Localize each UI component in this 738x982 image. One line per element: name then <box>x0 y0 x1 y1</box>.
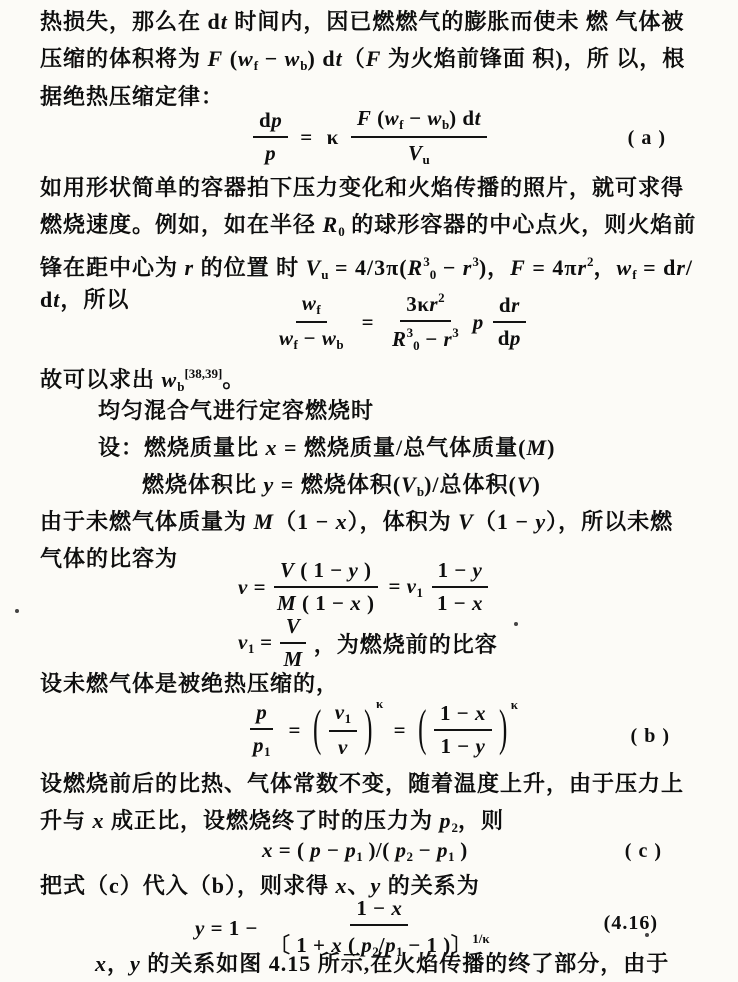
equation-label-4-16: (4.16) <box>604 912 658 935</box>
fraction: V M <box>278 614 309 672</box>
text-line: 气体的比容为 <box>40 543 178 575</box>
fraction-numerator: p <box>250 700 273 730</box>
right-paren: ) <box>499 701 508 758</box>
text-line: dt，所以 <box>40 284 129 316</box>
equation-body: x = ( p − p1 )/( p2 − p1 ) <box>262 838 468 865</box>
lhs: v1 = <box>238 630 273 657</box>
equation-a: dp p = κ F (wf − wb) dt Vu <box>248 106 492 168</box>
equals-sign: = <box>289 718 301 743</box>
fraction-denominator: 1 − y <box>435 731 492 759</box>
fraction-denominator: p1 <box>247 730 277 760</box>
equals-sign: = <box>362 310 374 335</box>
fraction: F (wf − wb) dt Vu <box>351 106 487 168</box>
fraction-numerator: dr <box>493 293 526 323</box>
equation-v1-definition: v1 = V M ，为燃烧前的比容 <box>238 614 498 672</box>
fraction-numerator: v1 <box>329 700 357 732</box>
text-line: 设：燃烧质量比 x = 燃烧质量/总气体质量(M) <box>98 432 555 464</box>
equals-sign: = <box>394 718 406 743</box>
fraction: 3κr2 R30 − r3 <box>386 290 465 354</box>
fraction: 1 − x 1 − y <box>434 701 492 759</box>
scan-speck <box>645 933 649 937</box>
text-line: 设未燃气体是被绝热压缩的， <box>40 668 339 700</box>
fraction-numerator: 3κr2 <box>400 290 450 322</box>
text-line: x，y 的关系如图 4.15 所示,在火焰传播的终了部分，由于 <box>95 948 669 980</box>
text-line: 燃烧体积比 y = 燃烧体积(Vb)/总体积(V) <box>142 469 541 508</box>
fraction-numerator: dp <box>253 108 288 138</box>
text-line: 由于未燃气体质量为 M（1 − x），体积为 V（1 − y），所以未燃 <box>40 506 673 538</box>
fraction-denominator: p <box>259 138 282 166</box>
fraction: 1 − y 1 − x <box>431 558 489 616</box>
text-line: 均匀混合气进行定容燃烧时 <box>98 395 374 427</box>
equals-sign: = <box>300 125 312 150</box>
fraction-numerator: F (wf − wb) dt <box>351 106 487 138</box>
fraction-denominator: R30 − r3 <box>386 322 465 354</box>
fraction-denominator: M ( 1 − x ) <box>271 588 380 616</box>
scanned-book-page: 热损失，那么在 dt 时间内，因已燃燃气的膨胀而使未 燃 气体被 压缩的体积将为… <box>0 0 738 982</box>
left-paren: ( <box>313 701 322 758</box>
fraction: wf wf − wb <box>273 291 350 353</box>
fraction-numerator: 1 − x <box>434 701 492 731</box>
text-line: 据绝热压缩定律： <box>40 81 224 113</box>
equation-b: p p1 = ( v1 v ) κ = ( 1 − x 1 − y ) κ <box>242 700 521 760</box>
equation-burning-velocity: wf wf − wb = 3κr2 R30 − r3 p dr dp <box>268 290 532 354</box>
equation-label-c: ( c ) <box>625 840 662 863</box>
fraction-numerator: V ( 1 − y ) <box>274 558 378 588</box>
right-paren: ) <box>364 701 373 758</box>
fraction-denominator: wf − wb <box>273 323 350 353</box>
fraction-numerator: 1 − x <box>350 896 408 926</box>
parenthesized-fraction: ( 1 − x 1 − y ) κ <box>416 701 518 759</box>
fraction-denominator: 1 − x <box>431 588 489 616</box>
text-line: 设燃烧前后的比热、气体常数不变，随着温度上升，由于压力上 <box>40 768 684 800</box>
fraction-numerator: 1 − y <box>432 558 489 588</box>
fraction: V ( 1 − y ) M ( 1 − x ) <box>271 558 380 616</box>
fraction: p p1 <box>247 700 277 760</box>
fraction: dr dp <box>492 293 527 351</box>
equation-specific-volume: v = V ( 1 − y ) M ( 1 − x ) = v1 1 − y 1… <box>238 558 494 616</box>
left-paren: ( <box>418 701 427 758</box>
fraction: v1 v <box>329 700 357 760</box>
fraction-denominator: Vu <box>402 138 436 168</box>
equation-c: x = ( p − p1 )/( p2 − p1 ) <box>262 838 468 865</box>
fraction-denominator: dp <box>492 323 527 351</box>
scan-speck <box>514 622 518 626</box>
text-line: 燃烧速度。例如，如在半径 R0 的球形容器的中心点火，则火焰前 <box>40 209 696 248</box>
kappa-exponent: κ <box>511 697 519 713</box>
text-line: 如用形状简单的容器拍下压力变化和火焰传播的照片，就可求得 <box>40 172 684 204</box>
text-line: 热损失，那么在 dt 时间内，因已燃燃气的膨胀而使未 燃 气体被 <box>40 6 684 38</box>
fraction-numerator: wf <box>296 291 327 323</box>
fraction-numerator: V <box>280 614 307 644</box>
scan-speck <box>15 609 19 613</box>
kappa-coefficient: κ <box>327 125 339 150</box>
text-line: 压缩的体积将为 F (wf − wb) dt（F 为火焰前锋面 积)，所 以，根 <box>40 43 685 82</box>
equation-label-a: ( a ) <box>628 127 666 150</box>
fraction: dp p <box>253 108 288 166</box>
definition-text: ，为燃烧前的比容 <box>314 628 498 659</box>
kappa-exponent: κ <box>376 696 384 712</box>
fraction-denominator: v <box>332 732 354 760</box>
lhs: y = 1 − <box>195 916 258 941</box>
text-line: 锋在距中心为 r 的位置 时 Vu = 4/3π(R30 − r3)，F = 4… <box>40 246 693 291</box>
lhs: v = <box>238 575 266 600</box>
parenthesized-fraction: ( v1 v ) κ <box>311 700 384 760</box>
mid-term: = v1 <box>388 574 423 601</box>
equation-label-b: ( b ) <box>631 725 670 748</box>
pressure-factor: p <box>473 310 484 335</box>
